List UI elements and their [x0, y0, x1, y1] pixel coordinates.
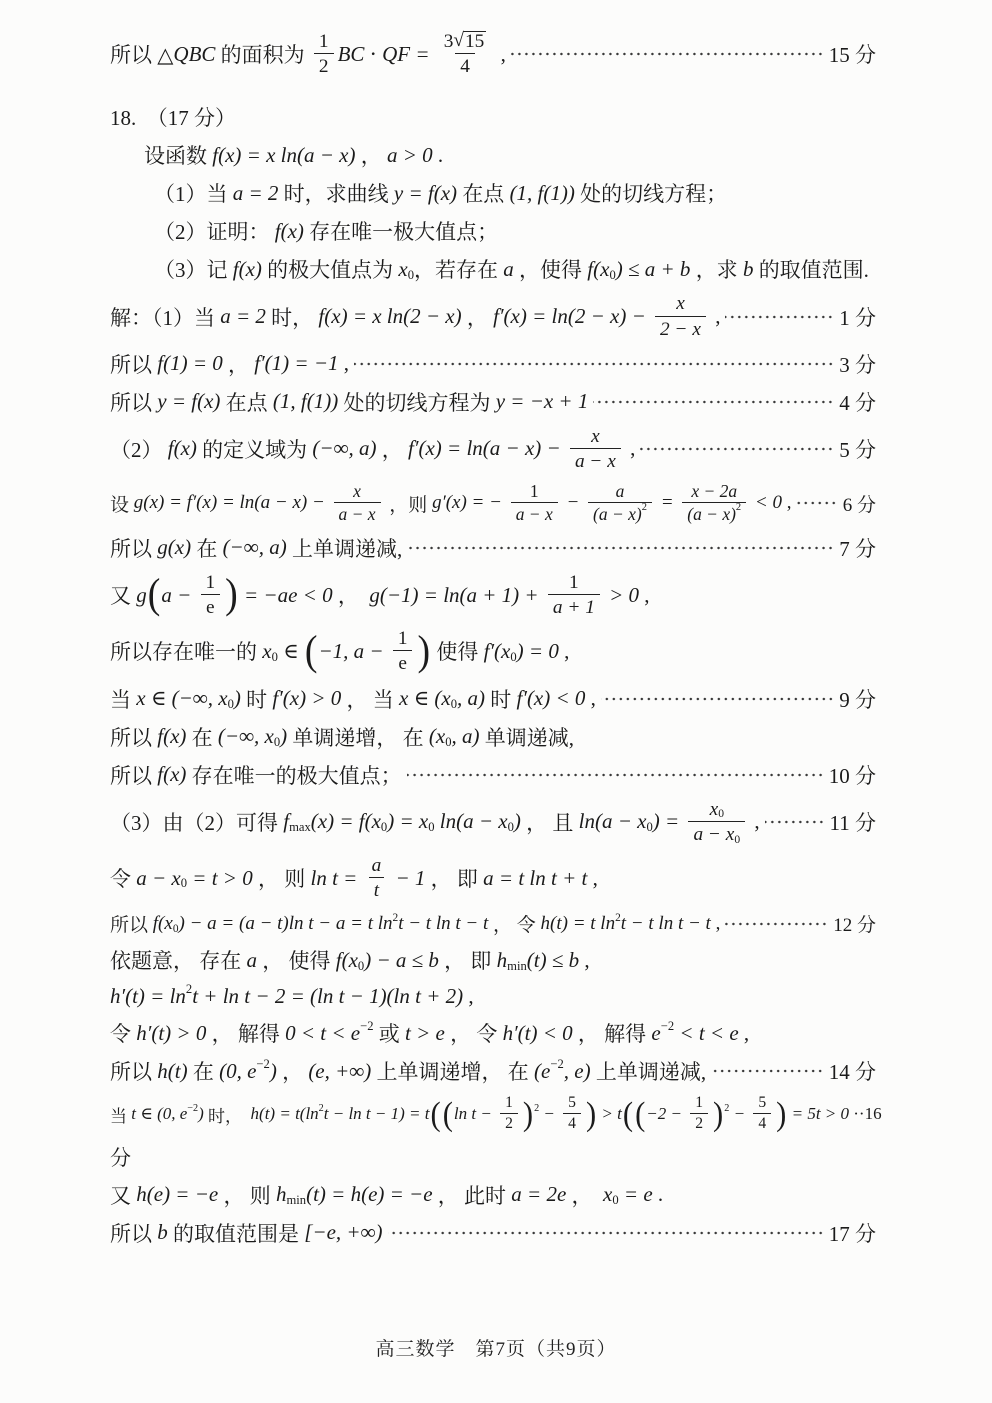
fraction-denominator: 4 [563, 1113, 581, 1134]
text-run: 4 [758, 1115, 766, 1134]
math-run: x ∈ (x [399, 686, 451, 711]
math-run: ) = x [387, 809, 428, 834]
fraction: at [367, 854, 387, 902]
fraction: 12 [314, 30, 334, 78]
math-run: h(e) = −e [136, 1182, 218, 1207]
text-run: ， 使得 [257, 945, 336, 975]
math-run: t + ln t − 2 = (ln t − 1)(ln t + 2) [192, 984, 463, 1009]
text-run: ， [277, 1056, 309, 1086]
math-run: = t > 0 [187, 866, 253, 891]
math-run: f(x) [157, 762, 186, 787]
math-run: (t) = h(e) = −e [306, 1182, 432, 1207]
math-run: t ∈ [131, 1104, 157, 1124]
line-sol2-decreasing-score7: 所以 g(x) 在 (−∞, a) 上单调递减,7 分 [110, 533, 876, 563]
line-sol1-values-score3: 所以 f(1) = 0 ， f′(1) = −1 ,3 分 [110, 349, 876, 379]
text-run: ， [462, 302, 494, 332]
math-run: x [603, 1182, 612, 1207]
text-run: 1 [530, 481, 539, 502]
superscript: 2 [534, 1103, 539, 1114]
text-run: 5 [568, 1094, 576, 1113]
text-run: , [749, 809, 760, 834]
math-run: a > 0 [387, 143, 433, 168]
math-run: f(x) [168, 436, 197, 461]
subscript: 0 [445, 735, 451, 750]
math-run: f′(x) = ln(2 − x) − [493, 304, 651, 329]
text-run: 分 [110, 1142, 131, 1172]
math-run: x [710, 798, 719, 821]
superscript: −2 [661, 1019, 674, 1034]
subscript: 0 [609, 268, 615, 283]
math-run: h′(t) < 0 [503, 1021, 573, 1046]
line-q18-function-def: 设函数 f(x) = x ln(a − x) ， a > 0 . [110, 140, 876, 170]
fraction: 1e [201, 571, 221, 619]
text-run: 设 [110, 490, 134, 517]
superscript: 2 [736, 502, 741, 515]
subscript: 0 [381, 820, 387, 835]
fraction-denominator: (a − x)2 [682, 502, 746, 525]
math-run: a − x [575, 450, 616, 473]
math-run: t [374, 879, 379, 902]
text-run: ， [377, 434, 409, 464]
math-run: (x [429, 724, 445, 749]
text-run: （3）由（2）可得 [110, 807, 283, 837]
math-run: f(x) = x ln(a − x) [212, 143, 355, 168]
dotted-leader [601, 689, 834, 709]
line-qbc-area-score15: 所以 △QBC 的面积为 12BC ⋅ QF = 3√154 ,15 分 [110, 30, 876, 78]
math-run: h [497, 948, 508, 973]
math-run: − [539, 1104, 559, 1124]
text-run: 1 [206, 571, 216, 594]
fraction-numerator: 5 [563, 1094, 581, 1113]
text-run: 在点 [457, 178, 510, 208]
superscript: 2 [393, 912, 399, 924]
math-run: [−e, +∞) [304, 1220, 382, 1245]
radicand: 15 [463, 31, 486, 52]
math-run: ) [234, 686, 241, 711]
text-run: , [495, 42, 506, 67]
fraction-denominator: 2 [500, 1113, 518, 1134]
text-run: 处的切线方程为 [338, 387, 496, 417]
text-run: ··16 [849, 1104, 882, 1124]
line-sol2-conclusion-score10: 所以 f(x) 存在唯一的极大值点；10 分 [110, 760, 876, 790]
text-run: ， 当 [341, 684, 399, 714]
math-run: f(x) = x ln(2 − x) [318, 304, 461, 329]
text-run: 上单调递增， 在 [371, 1056, 534, 1086]
math-run: a = 2 [220, 304, 266, 329]
score-label: 6 分 [843, 490, 876, 517]
fraction-denominator: (a − x)2 [588, 502, 652, 525]
score-label: 5 分 [839, 434, 876, 464]
score-label: 4 分 [839, 387, 876, 417]
math-run: h [276, 1182, 287, 1207]
math-run: , a) [457, 686, 485, 711]
text-run: ，求 [690, 254, 743, 284]
math-run: h(t) = t ln [541, 913, 616, 935]
math-run: g′(x) = − [432, 492, 507, 514]
subscript: 0 [718, 807, 724, 821]
big-paren: ) [225, 574, 238, 616]
text-run: 所以 [110, 387, 157, 417]
fraction-denominator: 2 − x [655, 316, 706, 341]
score-label: 1 分 [839, 302, 876, 332]
text-run: 1 [569, 571, 579, 594]
math-run: a = t ln t + t [483, 866, 587, 891]
math-run: f(x) [157, 724, 186, 749]
score-label: 7 分 [839, 533, 876, 563]
math-run: = −ae < 0 [239, 583, 333, 608]
text-run: 又 [110, 580, 136, 610]
superscript: −2 [187, 1103, 198, 1114]
math-run: f′(1) = −1 [254, 351, 338, 376]
math-run: 0 < t < e [285, 1021, 360, 1046]
text-run: , [639, 583, 650, 608]
big-paren: ) [713, 1097, 723, 1131]
text-run: 1 [398, 627, 408, 650]
text-run: , [587, 866, 598, 891]
text-run: . [433, 143, 444, 168]
math-run: f(x) [275, 219, 304, 244]
score-label: 17 分 [829, 1218, 876, 1248]
text-run: 5 [758, 1094, 766, 1113]
math-run: , e) [564, 1059, 591, 1084]
math-run: < 0 [750, 492, 782, 514]
text-run: ， 且 [521, 807, 579, 837]
fraction: 1a + 1 [548, 571, 600, 619]
math-run: x [353, 481, 361, 502]
math-run: > t [597, 1104, 622, 1124]
math-run: a = 2e [511, 1182, 566, 1207]
subscript: 0 [228, 697, 234, 712]
math-run: a [616, 481, 625, 502]
text-run: 的极大值点为 [262, 254, 399, 284]
line-sol3-ht-def-score12: 所以 f(x0) − a = (a − t)ln t − a = t ln2t … [110, 910, 876, 937]
text-run: 在 [188, 1056, 220, 1086]
text-run: ， 即 [425, 863, 483, 893]
text-run: 所以 [110, 1056, 157, 1086]
math-run: a [372, 854, 382, 877]
math-run: h(t) = t(ln [251, 1104, 319, 1124]
math-run: (0, e [157, 1104, 187, 1124]
dotted-leader [711, 1061, 824, 1081]
math-run: a − x [693, 823, 734, 846]
line-sol3-answer-score17: 所以 b 的取值范围是 [−e, +∞)17 分 [110, 1218, 876, 1248]
text-run: ， 此时 [433, 1180, 512, 1210]
text-run: 上单调递减, [591, 1056, 707, 1086]
math-run: = 5t > 0 [787, 1104, 849, 1124]
dotted-leader [765, 812, 825, 832]
text-run: 存在唯一极大值点； [304, 216, 498, 246]
text-run: 2 [319, 55, 329, 78]
math-run: = e [619, 1182, 653, 1207]
math-run: a − x [339, 504, 376, 525]
math-run: t − ln t − 1) = t [324, 1104, 430, 1124]
math-run: f(x) [233, 257, 262, 282]
text-run: 1 [505, 1094, 513, 1113]
text-run: 使得 [431, 636, 484, 666]
text-run: （2）证明： [154, 216, 275, 246]
math-run: f′(x) = ln(a − x) − [408, 436, 566, 461]
fraction: 54 [563, 1094, 581, 1134]
fraction-numerator: x0 [705, 798, 729, 821]
text-run: 所以存在唯一的 [110, 636, 262, 666]
score-label: 11 分 [830, 807, 876, 837]
math-run: (a − x) [687, 504, 736, 525]
text-run: 时 [241, 684, 273, 714]
text-run: ， 即 [439, 945, 497, 975]
fraction-numerator: 1 [564, 571, 584, 594]
superscript: −2 [550, 1057, 563, 1072]
fraction: xa − x [334, 481, 381, 525]
math-run: ) [514, 809, 521, 834]
line-sol3-wrapped-fen: 分 [110, 1142, 876, 1172]
fraction-denominator: a − x [334, 502, 381, 525]
subscript: max [289, 820, 311, 835]
math-run: b [743, 257, 754, 282]
line-sol2-domain-score5: （2） f(x) 的定义域为 (−∞, a) ， f′(x) = ln(a − … [110, 425, 876, 473]
text-run: 依题意， 存在 [110, 945, 247, 975]
text-run: ，使得 [514, 254, 588, 284]
math-run: t − t ln t − t [621, 913, 711, 935]
math-run: f′(x) < 0 [517, 686, 586, 711]
fraction: xa − x [570, 425, 621, 473]
line-sol3-fmax-score11: （3）由（2）可得 fmax(x) = f(x0) = x0 ln(a − x0… [110, 798, 876, 846]
fraction-denominator: e [393, 650, 412, 675]
fraction-denominator: 4 [753, 1113, 771, 1134]
math-run: (a − x) [593, 504, 642, 525]
big-paren: ) [418, 630, 431, 672]
math-run: t − t ln t − t [398, 913, 488, 935]
big-paren: ) [523, 1097, 533, 1131]
math-run: x [262, 639, 271, 664]
math-run: a − [161, 583, 196, 608]
math-run: ln(a − x [435, 809, 508, 834]
line-sol2-monotonicity: 所以 f(x) 在 (−∞, x0) 单调递增， 在 (x0, a) 单调递减, [110, 722, 876, 752]
math-run: (x) = f(x [311, 809, 381, 834]
line-q18-part1: （1）当 a = 2 时，求曲线 y = f(x) 在点 (1, f(1)) 处… [110, 178, 876, 208]
fraction: 12 [690, 1094, 708, 1134]
line-q18-header: 18. （17 分） [110, 102, 876, 132]
math-run: BC ⋅ QF = [338, 42, 435, 67]
text-run: 的面积为 [215, 39, 310, 69]
line-sol3-hprime: h′(t) = ln2t + ln t − 2 = (ln t − 1)(ln … [110, 983, 876, 1010]
score-label: 3 分 [839, 349, 876, 379]
footer-text: 高三数学 第7页（共9页） [375, 1339, 616, 1360]
dotted-leader [725, 307, 834, 327]
dotted-leader [407, 765, 824, 785]
line-sol3-hprime-sign: 令 h′(t) > 0 ， 解得 0 < t < e−2 或 t > e ， 令… [110, 1018, 876, 1048]
fraction-denominator: t [369, 877, 384, 902]
fraction: x0a − x0 [688, 798, 745, 846]
fraction: a(a − x)2 [588, 481, 652, 525]
page-footer: 高三数学 第7页（共9页） [0, 1334, 992, 1361]
math-run: f(x [336, 948, 358, 973]
text-run: 单调递增， 在 [287, 722, 429, 752]
math-run: f(x [587, 257, 609, 282]
fraction-numerator: 1 [201, 571, 221, 594]
subscript: 0 [181, 876, 187, 891]
score-label: 10 分 [829, 760, 876, 790]
math-run: − 1 [390, 866, 425, 891]
math-run: a + 1 [553, 596, 595, 619]
line-sol1-tangent-score4: 所以 y = f(x) 在点 (1, f(1)) 处的切线方程为 y = −x … [110, 387, 876, 417]
text-run: ， 解得 [206, 1018, 285, 1048]
line-sol3-ht-monotonicity-score14: 所以 h(t) 在 (0, e−2) ， (e, +∞) 上单调递增， 在 (e… [110, 1056, 876, 1086]
math-run: ∈ [278, 639, 304, 664]
fraction-numerator: x − 2a [686, 481, 742, 502]
subscript: 0 [646, 820, 652, 835]
text-run: ， [333, 580, 370, 610]
text-run: 当 [110, 684, 136, 714]
score-label: 15 分 [829, 39, 876, 69]
math-run: (1, f(1)) [510, 181, 575, 206]
text-run: 当 [110, 1102, 131, 1127]
text-run: 令 [110, 1018, 136, 1048]
math-run: − [729, 1104, 749, 1124]
sqrt: √15 [453, 31, 486, 52]
subscript: 0 [274, 735, 280, 750]
text-run: 在 [186, 722, 218, 752]
text-run: ， [223, 349, 255, 379]
text-run: ， 解得 [573, 1018, 652, 1048]
fraction-numerator: 1 [690, 1094, 708, 1113]
subscript: 0 [428, 820, 434, 835]
fraction-denominator: e [201, 594, 220, 619]
text-run: 时， [266, 302, 319, 332]
dotted-leader [511, 44, 824, 64]
math-run: ) = 0 [517, 639, 559, 664]
math-run: 2 − x [660, 318, 701, 341]
fraction-numerator: 1 [393, 627, 413, 650]
text-run: 4 [460, 55, 470, 78]
line-sol2-sign-intervals-score9: 当 x ∈ (−∞, x0) 时 f′(x) > 0 ， 当 x ∈ (x0, … [110, 684, 876, 714]
fraction-numerator: 1 [314, 30, 334, 53]
math-run: b [157, 1220, 168, 1245]
math-run: − [562, 492, 584, 514]
text-run: , [339, 351, 350, 376]
text-run: ， 则 [253, 863, 311, 893]
math-run: a = 2 [233, 181, 279, 206]
line-sol3-condition: 依题意， 存在 a ， 使得 f(x0) − a ≤ b ， 即 hmin(t)… [110, 945, 876, 975]
text-run: 所以 [110, 910, 153, 937]
math-run: x [398, 257, 407, 282]
text-run: 处的切线方程； [575, 178, 727, 208]
fraction: 1e [393, 627, 413, 675]
math-run: (e [534, 1059, 550, 1084]
superscript: 2 [642, 502, 647, 515]
math-run: y = −x + 1 [496, 389, 589, 414]
text-run: 所以 [110, 760, 157, 790]
subscript: 0 [508, 820, 514, 835]
text-run: 2 [695, 1115, 703, 1134]
text-run: 所以 △ [110, 39, 173, 69]
text-run: 4 [568, 1115, 576, 1134]
math-run: y = f(x) [157, 389, 220, 414]
math-run: t > e [405, 1021, 445, 1046]
math-run: x − 2a [691, 481, 737, 502]
dotted-leader [593, 392, 834, 412]
line-sol3-bound-score16: 当 t ∈ (0, e−2) 时， h(t) = t(ln2t − ln t −… [110, 1094, 876, 1134]
exam-solution-page: 所以 △QBC 的面积为 12BC ⋅ QF = 3√154 ,15 分18. … [0, 0, 992, 1403]
text-run: 所以 [110, 349, 157, 379]
math-run: , a) [452, 724, 480, 749]
text-run: 又 [110, 1180, 136, 1210]
text-run: 时， [204, 1102, 251, 1127]
big-paren: ( [635, 1097, 645, 1131]
fraction-denominator: 4 [455, 53, 475, 78]
math-run: (−∞, x [218, 724, 274, 749]
text-run: , [579, 948, 590, 973]
text-run: 所以 [110, 722, 157, 752]
fraction-denominator: a − x0 [688, 821, 745, 846]
text-run: 时 [485, 684, 517, 714]
math-run: a [247, 948, 258, 973]
text-run: . [653, 1182, 664, 1207]
superscript: 2 [186, 982, 192, 997]
fraction-numerator: x [586, 425, 605, 448]
fraction-denominator: a − x [570, 448, 621, 473]
line-sol1-derivative-score1: 解：（1）当 a = 2 时， f(x) = x ln(2 − x) ， f′(… [110, 292, 876, 340]
fraction-numerator: 1 [525, 481, 544, 502]
text-run: 所以 [110, 1218, 157, 1248]
text-run: 单调递减, [480, 722, 575, 752]
text-run: （3）记 [154, 254, 233, 284]
subscript: min [507, 959, 527, 974]
fraction-denominator: 2 [690, 1113, 708, 1134]
text-run: ， [566, 1180, 603, 1210]
text-run: ， [355, 140, 387, 170]
subscript: 0 [510, 650, 516, 665]
text-run: e [206, 596, 215, 619]
math-run: f′(x) > 0 [272, 686, 341, 711]
superscript: 2 [615, 912, 621, 924]
math-run: −1, a − [319, 639, 389, 664]
big-paren: ( [443, 1097, 453, 1131]
text-run: 3 [444, 30, 454, 53]
fraction: 54 [753, 1094, 771, 1134]
superscript: 2 [724, 1103, 729, 1114]
math-run: f′(x [484, 639, 511, 664]
line-q18-part3: （3）记 f(x) 的极大值点为 x0，若存在 a ，使得 f(x0) ≤ a … [110, 254, 876, 284]
dotted-leader [388, 1223, 824, 1243]
math-run: x [591, 425, 600, 448]
text-run: ， 则 [218, 1180, 276, 1210]
math-run: ln t − [454, 1104, 496, 1124]
math-run: g [136, 583, 147, 608]
subscript: 0 [358, 959, 364, 974]
big-paren: ( [430, 1097, 440, 1131]
math-run: ) = [653, 809, 685, 834]
math-run: (t) ≤ b [527, 948, 579, 973]
text-run: , [625, 436, 636, 461]
subscript: 0 [612, 1193, 618, 1208]
line-sol2-unique-x0: 所以存在唯一的 x0 ∈ (−1, a − 1e) 使得 f′(x0) = 0 … [110, 627, 876, 675]
dotted-leader [354, 354, 834, 374]
text-run: 2 [505, 1115, 513, 1134]
subscript: 0 [451, 697, 457, 712]
text-run: ， 令 [488, 910, 540, 937]
text-run: 设函数 [144, 140, 212, 170]
subscript: 0 [272, 650, 278, 665]
score-label: 14 分 [829, 1056, 876, 1086]
math-run: > 0 [604, 583, 639, 608]
math-run: g(x) [157, 535, 191, 560]
math-run: ) [270, 1059, 277, 1084]
score-label: 9 分 [839, 684, 876, 714]
math-run: a − x [136, 866, 181, 891]
line-sol2-gprime-score6: 设 g(x) = f′(x) = ln(a − x) − xa − x ，则 g… [110, 481, 876, 525]
fraction-numerator: x [671, 292, 690, 315]
text-run: 所以 [110, 533, 157, 563]
